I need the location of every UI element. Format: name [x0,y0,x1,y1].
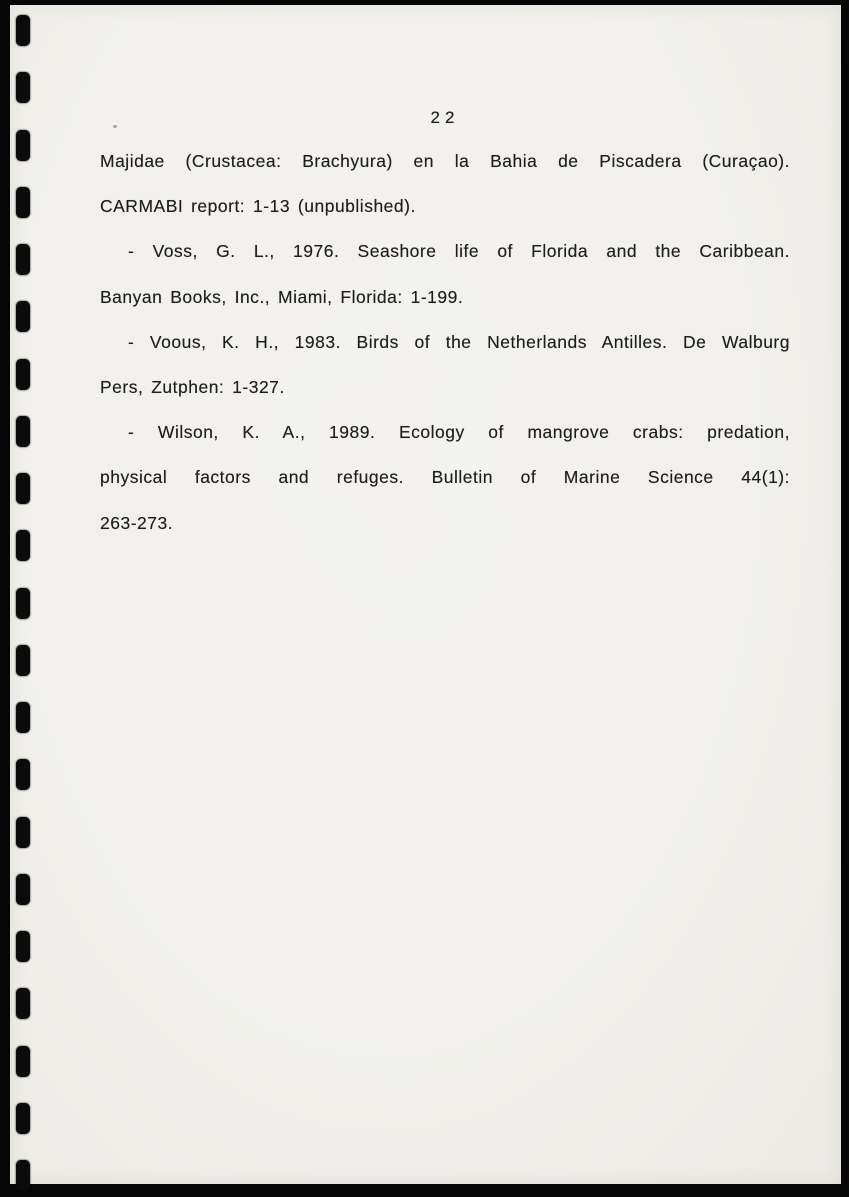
reference-line: 263-273. [100,501,790,546]
binding-hole [16,1046,30,1077]
references-text-block: Majidae (Crustacea: Brachyura) en la Bah… [100,139,790,546]
reference-line: Majidae (Crustacea: Brachyura) en la Bah… [100,139,790,184]
binding-hole [16,702,30,733]
binding-hole [16,244,30,275]
reference-line: physical factors and refuges. Bulletin o… [100,455,790,500]
reference-line: Pers, Zutphen: 1-327. [100,365,790,410]
binding-hole [16,473,30,504]
binding-hole [16,72,30,103]
binding-hole [16,530,30,561]
binding-hole [16,988,30,1019]
reference-line: - Wilson, K. A., 1989. Ecology of mangro… [100,410,790,455]
binding-hole [16,15,30,46]
reference-line: - Voss, G. L., 1976. Seashore life of Fl… [100,229,790,274]
binding-hole [16,416,30,447]
binding-hole [16,817,30,848]
binding-hole [16,588,30,619]
binding-hole [16,301,30,332]
binding-hole [16,130,30,161]
reference-line: - Voous, K. H., 1983. Birds of the Nethe… [100,320,790,365]
binding-hole [16,759,30,790]
page-number: 22 [100,109,790,126]
binding-hole [16,359,30,390]
binding-hole [16,874,30,905]
binding-hole [16,645,30,676]
binding-hole [16,187,30,218]
binding-hole [16,931,30,962]
binding-hole [16,1103,30,1134]
reference-line: CARMABI report: 1-13 (unpublished). [100,184,790,229]
scanned-page: 22 Majidae (Crustacea: Brachyura) en la … [10,5,841,1184]
binding-hole [16,1160,30,1191]
reference-line: Banyan Books, Inc., Miami, Florida: 1-19… [100,275,790,320]
